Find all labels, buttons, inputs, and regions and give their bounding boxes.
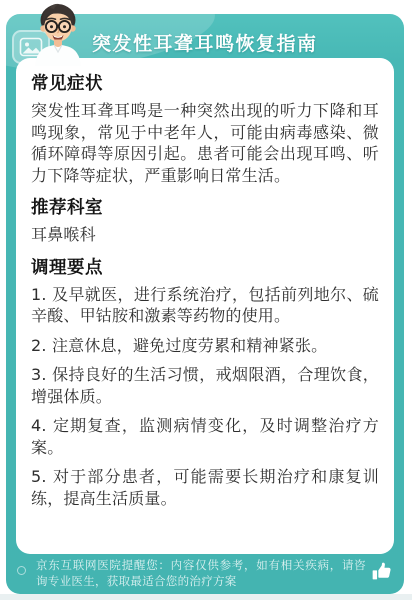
- tip-item: 1. 及早就医，进行系统治疗，包括前列地尔、硫辛酸、甲钴胺和激素等药物的使用。: [31, 284, 379, 327]
- department-heading: 推荐科室: [31, 194, 379, 219]
- tip-item: 5. 对于部分患者，可能需要长期治疗和康复训练，提高生活质量。: [31, 466, 379, 509]
- guide-title: 突发性耳聋耳鸣恢复指南: [92, 29, 318, 56]
- tip-item: 4. 定期复查，监测病情变化，及时调整治疗方案。: [31, 415, 379, 458]
- thumbs-up-icon[interactable]: [371, 561, 393, 583]
- tip-item: 3. 保持良好的生活习惯，戒烟限酒，合理饮食，增强体质。: [31, 364, 379, 407]
- doctor-avatar: [26, 0, 90, 66]
- tips-heading: 调理要点: [31, 254, 379, 279]
- symptoms-paragraph: 突发性耳聋耳鸣是一种突然出现的听力下降和耳鸣现象，常见于中老年人，可能由病毒感染…: [31, 100, 379, 186]
- disclaimer-footer: 京东互联网医院提醒您：内容仅供参考，如有相关疾病，请咨询专业医生，获取最适合您的…: [6, 550, 404, 594]
- next-card-strip: [0, 594, 412, 600]
- tip-item: 2. 注意休息，避免过度劳累和精神紧张。: [31, 335, 379, 357]
- disclaimer-text: 京东互联网医院提醒您：内容仅供参考，如有相关疾病，请咨询专业医生，获取最适合您的…: [36, 557, 366, 589]
- guide-card: 突发性耳聋耳鸣恢复指南 常见症状 突发性耳聋耳鸣是一种突然出现的听力下降和耳鸣现…: [6, 14, 404, 594]
- content-card: 常见症状 突发性耳聋耳鸣是一种突然出现的听力下降和耳鸣现象，常见于中老年人，可能…: [16, 58, 394, 554]
- info-circle-icon: [17, 566, 26, 575]
- symptoms-heading: 常见症状: [31, 70, 379, 95]
- department-value: 耳鼻喉科: [31, 224, 379, 246]
